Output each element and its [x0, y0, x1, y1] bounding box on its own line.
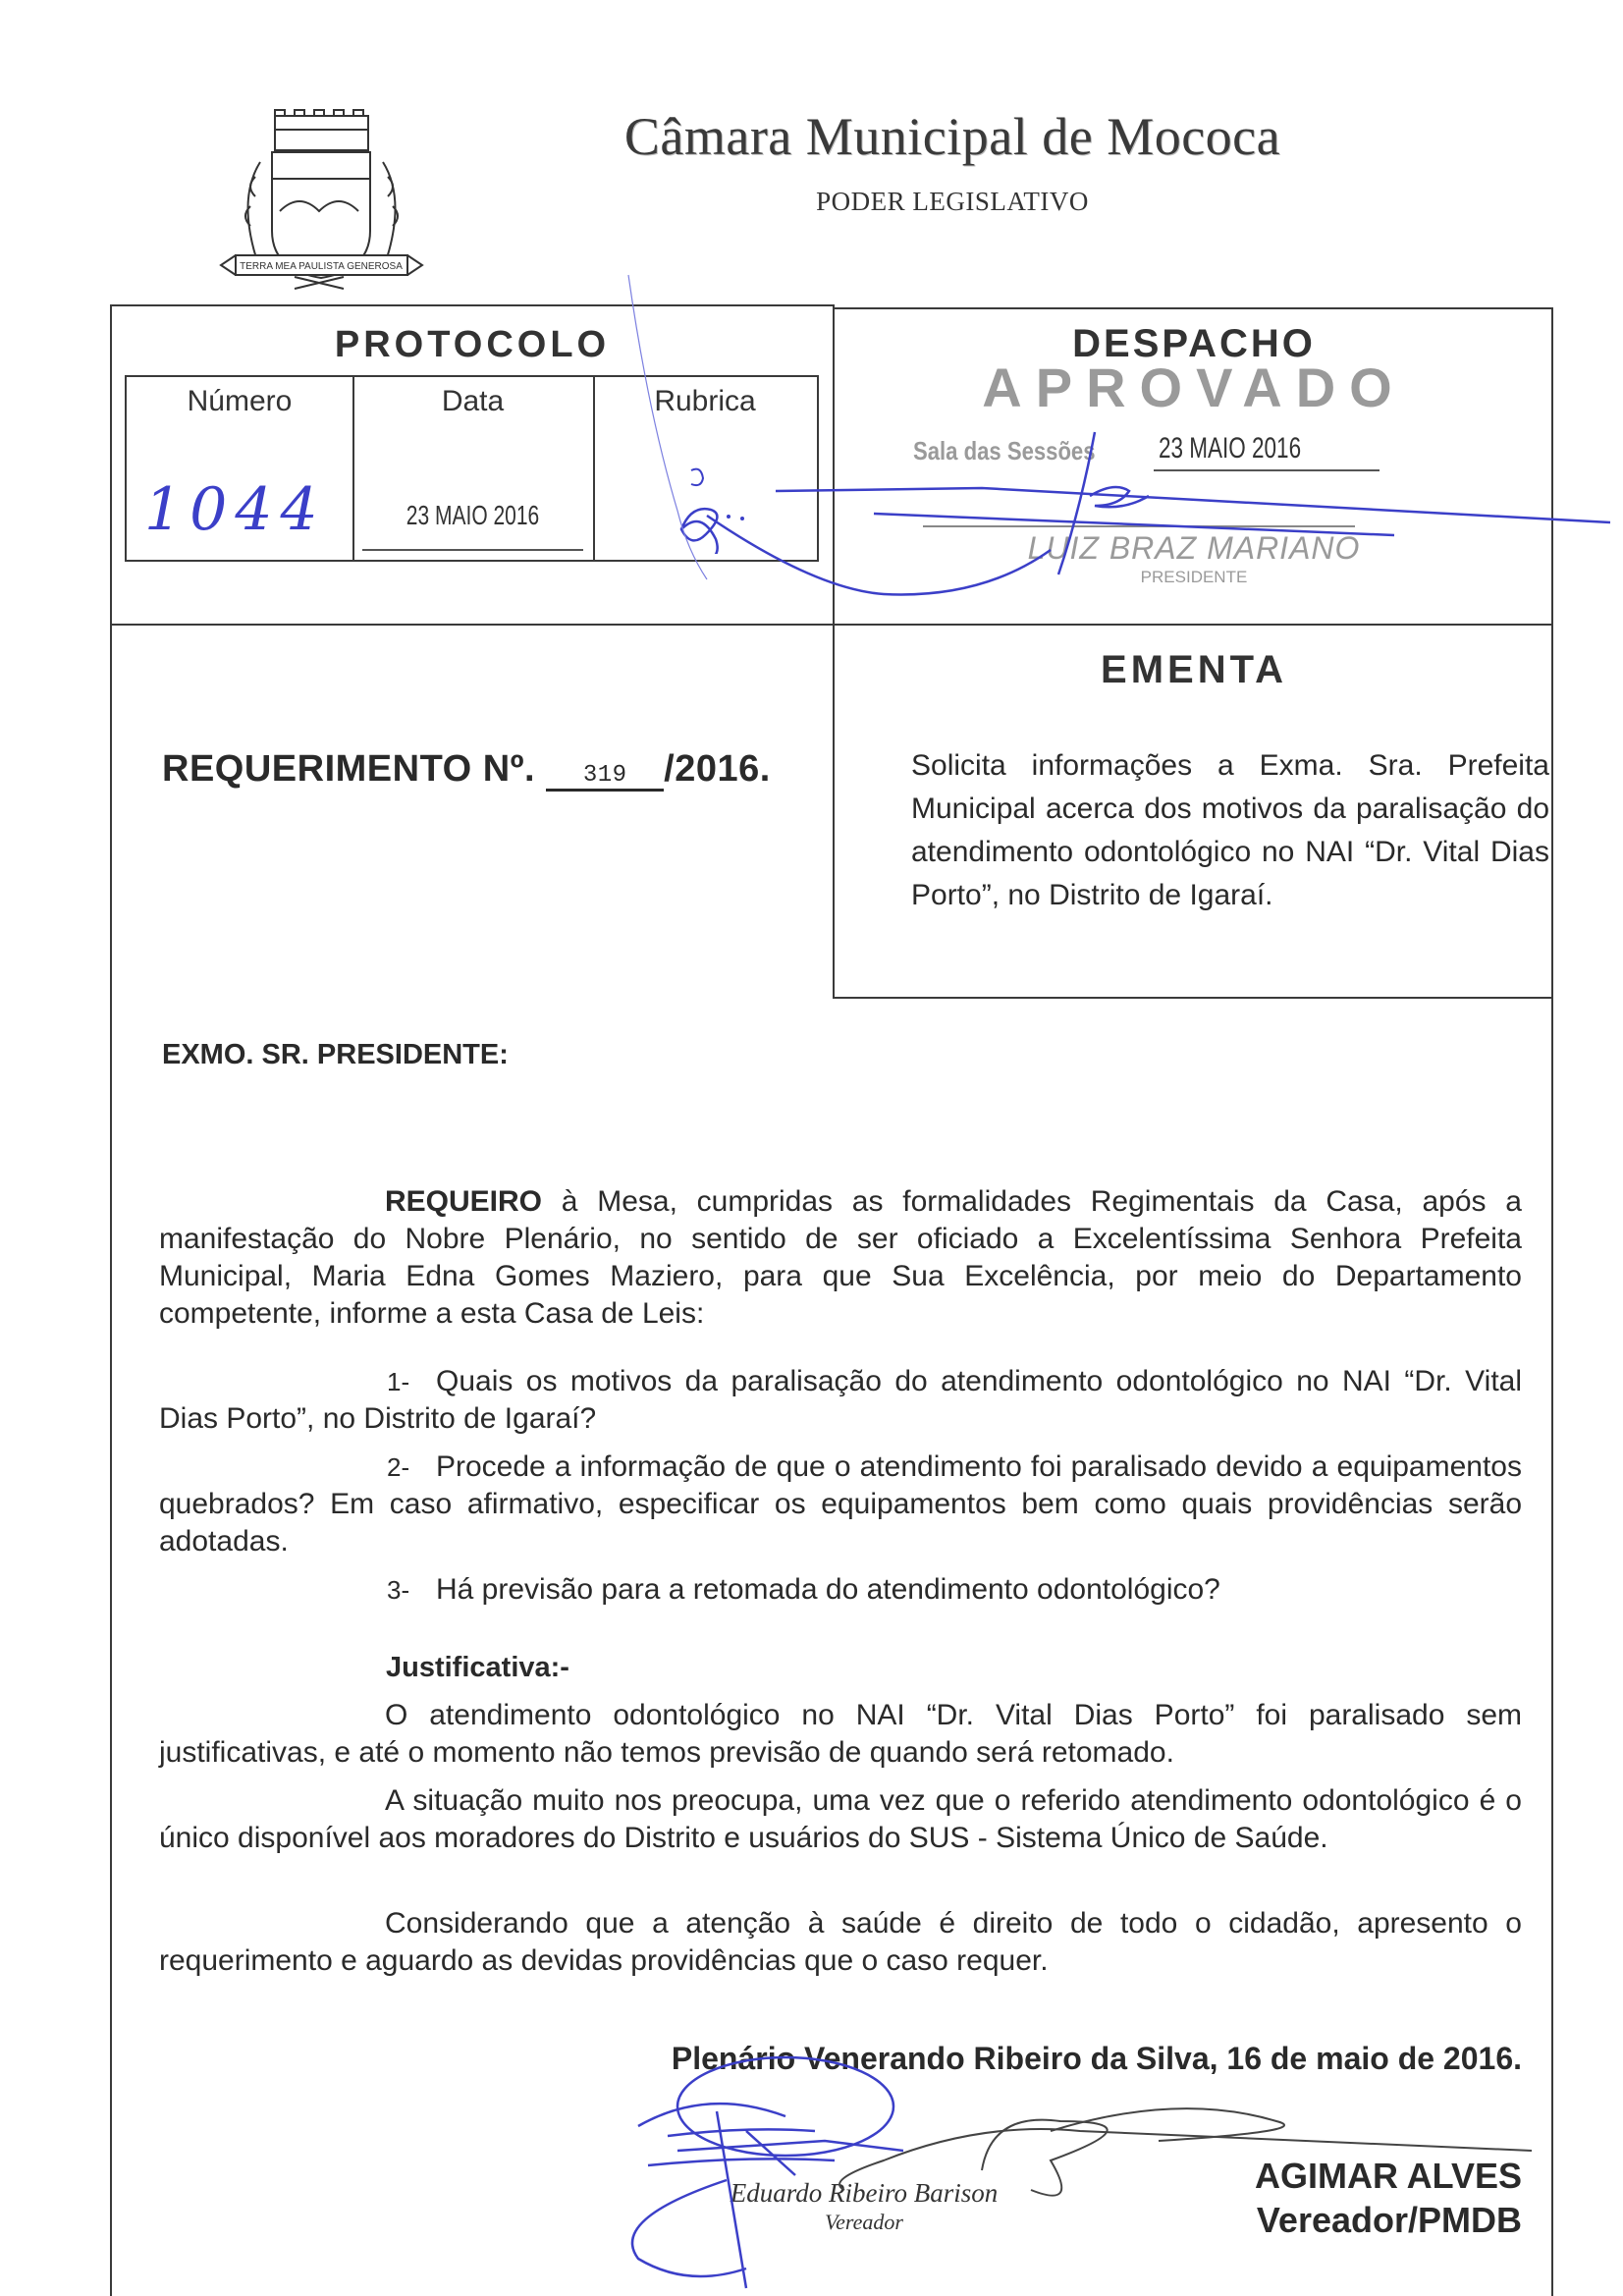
protocolo-header-numero: Número [127, 385, 352, 418]
president-name: LUIZ BRAZ MARIANO [835, 530, 1553, 567]
signatory-1-signature-icon [632, 2057, 903, 2288]
sala-date-underline [1154, 469, 1380, 471]
signatory-1-name: Eduardo Ribeiro Barison [677, 2178, 1051, 2209]
president-role: PRESIDENTE [835, 568, 1553, 587]
question-number: 3- [387, 1571, 436, 1609]
requeiro-paragraph: REQUEIRO à Mesa, cumpridas as formalidad… [159, 1183, 1522, 1333]
signatory-2-role: Vereador/PMDB [1080, 2200, 1522, 2241]
requerimento-number: 319 [546, 762, 664, 792]
protocolo-col-numero: Número 1044 [127, 377, 354, 560]
ementa-text: Solicita informações a Exma. Sra. Prefei… [911, 744, 1549, 917]
requeiro-text: à Mesa, cumpridas as formalidades Regime… [159, 1185, 1522, 1330]
frame-border-top-right [833, 307, 1553, 309]
rubrica-initials-icon [652, 456, 770, 568]
justificativa-paragraph: Considerando que a atenção à saúde é dir… [159, 1905, 1522, 1980]
protocolo-date-underline [362, 549, 583, 551]
protocolo-date-stamp: 23 MAIO 2016 [383, 500, 564, 531]
protocolo-numero-value: 1044 [144, 475, 326, 544]
protocolo-title: PROTOCOLO [110, 324, 835, 366]
question-item: 1-Quais os motivos da paralisação do ate… [159, 1363, 1522, 1438]
frame-border-top-left [110, 304, 835, 306]
requerimento-suffix: /2016. [664, 748, 771, 790]
org-subtitle: PODER LEGISLATIVO [550, 187, 1355, 217]
frame-border-right [1551, 307, 1553, 2296]
protocolo-col-rubrica: Rubrica [593, 377, 817, 560]
justificativa-paragraph: O atendimento odontológico no NAI “Dr. V… [159, 1697, 1522, 1772]
question-number: 2- [387, 1449, 436, 1486]
frame-divider-horizontal [110, 624, 1553, 626]
requerimento-prefix: REQUERIMENTO Nº. [162, 748, 535, 790]
salutation: EXMO. SR. PRESIDENTE: [162, 1039, 509, 1071]
question-number: 1- [387, 1363, 436, 1400]
svg-text:TERRA MEA PAULISTA GENEROSA: TERRA MEA PAULISTA GENEROSA [240, 261, 403, 272]
question-text: Procede a informação de que o atendiment… [159, 1450, 1522, 1558]
municipal-crest-logo: TERRA MEA PAULISTA GENEROSA [201, 108, 427, 290]
signatory-1-role: Vereador [677, 2210, 1051, 2235]
protocolo-table: Número 1044 Data 23 MAIO 2016 Rubrica [125, 375, 819, 562]
protocolo-header-rubrica: Rubrica [593, 385, 817, 418]
protocolo-header-data: Data [352, 385, 593, 418]
coat-of-arms-icon: TERRA MEA PAULISTA GENEROSA [201, 108, 427, 290]
requerimento-number-heading: REQUERIMENTO Nº. 319/2016. [162, 748, 771, 792]
question-text: Quais os motivos da paralisação do atend… [159, 1365, 1522, 1435]
question-item: 3-Há previsão para a retomada do atendim… [159, 1571, 1522, 1609]
despacho-title: DESPACHO [835, 322, 1553, 366]
justificativa-paragraph: A situação muito nos preocupa, uma vez q… [159, 1782, 1522, 1857]
ementa-title: EMENTA [835, 648, 1553, 692]
place-and-date: Plenário Venerando Ribeiro da Silva, 16 … [619, 2041, 1522, 2077]
justificativa-label: Justificativa:- [386, 1652, 569, 1684]
requeiro-keyword: REQUEIRO [385, 1185, 542, 1218]
frame-border-left [110, 304, 112, 2296]
org-name: Câmara Municipal de Mococa [550, 106, 1355, 167]
question-item: 2-Procede a informação de que o atendime… [159, 1449, 1522, 1560]
ementa-box-bottom [833, 997, 1553, 999]
question-text: Há previsão para a retomada do atendimen… [436, 1573, 1220, 1606]
signatory-2-name: AGIMAR ALVES [1080, 2156, 1522, 2197]
sala-das-sessoes-date: 23 MAIO 2016 [1159, 432, 1301, 465]
president-signature-line [923, 525, 1355, 527]
sala-das-sessoes-label: Sala das Sessões [913, 436, 1096, 466]
protocolo-col-data: Data 23 MAIO 2016 [352, 377, 595, 560]
